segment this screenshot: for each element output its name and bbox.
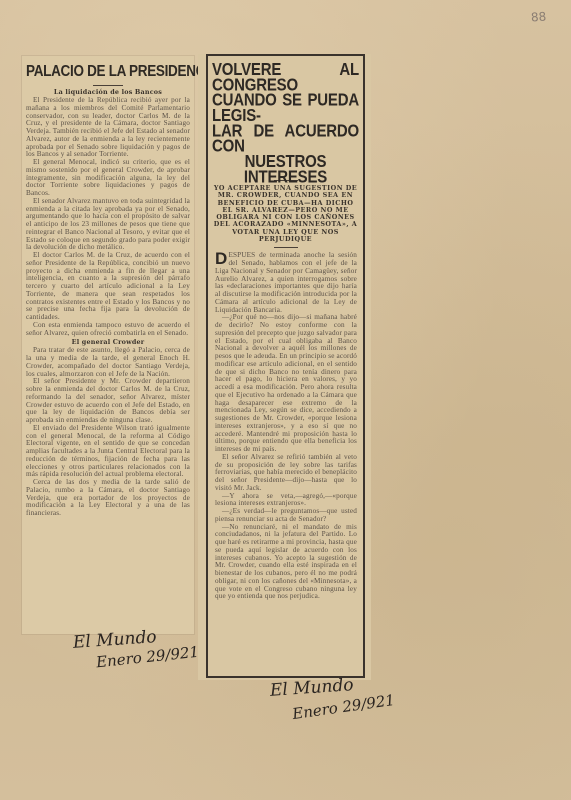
headline-line: LAR DE ACUERDO CON (212, 123, 359, 154)
right-newspaper-clipping: VOLVERE AL CONGRESO CUANDO SE PUEDA LEGI… (198, 54, 371, 680)
paragraph: —No renunciaré, ni el mandato de mis con… (215, 524, 357, 602)
headline-line: CUANDO SE PUEDA LEGIS- (212, 93, 359, 124)
paragraph: Cerca de las dos y media de la tarde sal… (26, 479, 190, 518)
left-article-body-2: Para tratar de este asunto, llegó a Pala… (26, 347, 190, 518)
paragraph: El enviado del Presidente Wilson trató i… (26, 425, 190, 479)
deck-rule (274, 247, 298, 248)
paragraph: DESPUES de terminada anoche la sesión de… (215, 252, 357, 314)
left-subhead-banks: La liquidación de los Bancos (22, 88, 194, 96)
headline-line: NUESTROS INTERESES (212, 154, 359, 185)
paragraph: El Presidente de la República recibió ay… (26, 97, 190, 159)
left-newspaper-clipping: PALACIO DE LA PRESIDENCIA La liquidación… (22, 56, 194, 634)
right-headline: VOLVERE AL CONGRESO CUANDO SE PUEDA LEGI… (212, 62, 359, 185)
article-frame: VOLVERE AL CONGRESO CUANDO SE PUEDA LEGI… (206, 54, 365, 678)
right-article-body: DESPUES de terminada anoche la sesión de… (215, 252, 357, 601)
drop-cap: D (215, 252, 227, 266)
left-subhead-crowder: El general Crowder (22, 338, 194, 346)
paragraph: El senador Alvarez mantuvo en toda suint… (26, 198, 190, 252)
paragraph-text: ESPUES de terminada anoche la sesión del… (215, 251, 357, 313)
left-headline: PALACIO DE LA PRESIDENCIA (26, 62, 194, 79)
headline-line: VOLVERE AL CONGRESO (212, 62, 359, 93)
paragraph: —¿Es verdad—le preguntamos—que usted pie… (215, 508, 357, 524)
right-handwritten-source: El Mundo (270, 677, 355, 700)
paragraph: El señor Presidente y Mr. Crowder depart… (26, 378, 190, 425)
left-article-body-1: El Presidente de la República recibió ay… (26, 97, 190, 337)
right-deck: YO ACEPTARE UNA SUGESTION DE MR. CROWDER… (213, 185, 358, 243)
headline-rule (93, 85, 123, 86)
paragraph: El doctor Carlos M. de la Cruz, de acuer… (26, 252, 190, 322)
paragraph: —Y ahora se veta,—agregó,—«porque lesion… (215, 493, 357, 509)
page-number: 88 (531, 9, 547, 24)
paragraph: El señor Alvarez se refirió también al v… (215, 454, 357, 493)
paragraph: Para tratar de este asunto, llegó a Pala… (26, 347, 190, 378)
paragraph: Con esta enmienda tampoco estuvo de acue… (26, 322, 190, 338)
paragraph: —¿Por qué no—nos dijo—si mañana habré de… (215, 314, 357, 454)
paragraph: El general Menocal, indicó su criterio, … (26, 159, 190, 198)
